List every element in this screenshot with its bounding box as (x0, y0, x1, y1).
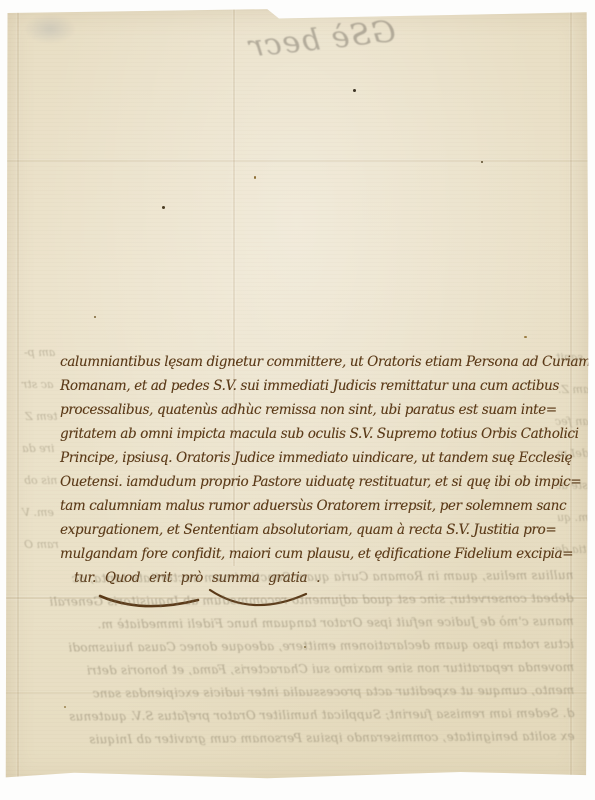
foxing-speck (524, 336, 527, 338)
bleedthrough-margin-fragment: tem Z (25, 410, 58, 423)
bleedthrough-margin-fragment: ste ac (555, 479, 588, 492)
foxing-speck (481, 161, 483, 163)
letter-line: Romanam, et ad pedes S.V. sui immediati … (60, 374, 560, 398)
bleedthrough-margin-fragment: m. qu (557, 511, 589, 524)
bleedthrough-margin-fragment: em. V (22, 506, 54, 519)
bleedthrough-margin-fragment: ac str (22, 378, 54, 391)
manuscript-page: GSè becr calumniantibus lęsam dignetur c… (4, 6, 589, 786)
bleedthrough-margin-fragment: tia de (555, 543, 587, 556)
fold-crease-left (17, 6, 19, 786)
bleedthrough-margin-fragment: am Z. (558, 383, 589, 396)
letter-line: mulgandam fore confidit, maiori cum plau… (60, 542, 560, 566)
foxing-speck (353, 89, 356, 92)
bleedthrough-margin-fragment: sanit (556, 351, 583, 364)
foxing-speck (94, 316, 96, 318)
bleedthrough-margin-fragment: nis ob (24, 474, 57, 487)
letter-line: Ouetensi. iamdudum proprio Pastore uidua… (60, 470, 560, 494)
letter-line: gritatem ab omni impicta macula sub ocul… (60, 422, 560, 446)
bleedthrough-margin-fragment: ire da (22, 442, 54, 455)
ink-smudge (24, 14, 76, 44)
bleedthrough-margin-fragment: am p- (24, 346, 55, 359)
bleedthrough-margin-fragment: an fec (555, 415, 589, 428)
letter-line: tam calumniam malus rumor aduersùs Orato… (60, 494, 560, 518)
bleedthrough-text-block: nullius melius, quam in Romana Curia qua… (21, 564, 574, 752)
foxing-speck (254, 176, 256, 179)
bleedthrough-inscription: GSè becr (247, 14, 398, 64)
letter-line: expurgationem, et Sententiam absolutoria… (60, 518, 560, 542)
letter-text-block: calumniantibus lęsam dignetur committere… (60, 350, 560, 590)
foxing-speck (162, 206, 165, 209)
fold-crease-upper (4, 160, 589, 162)
letter-line: calumniantibus lęsam dignetur committere… (60, 350, 560, 374)
letter-line: processalibus, quatenùs adhùc remissa no… (60, 398, 560, 422)
bleedthrough-margin-fragment: deI m (557, 447, 589, 460)
letter-line: Principe, ipsiusq. Oratoris Judice immed… (60, 446, 560, 470)
bleedthrough-line: ex solita benignitate, commiserando ipsi… (22, 725, 574, 752)
bleedthrough-margin-fragment: ram O (24, 538, 59, 551)
scanned-document: GSè becr calumniantibus lęsam dignetur c… (0, 0, 595, 800)
